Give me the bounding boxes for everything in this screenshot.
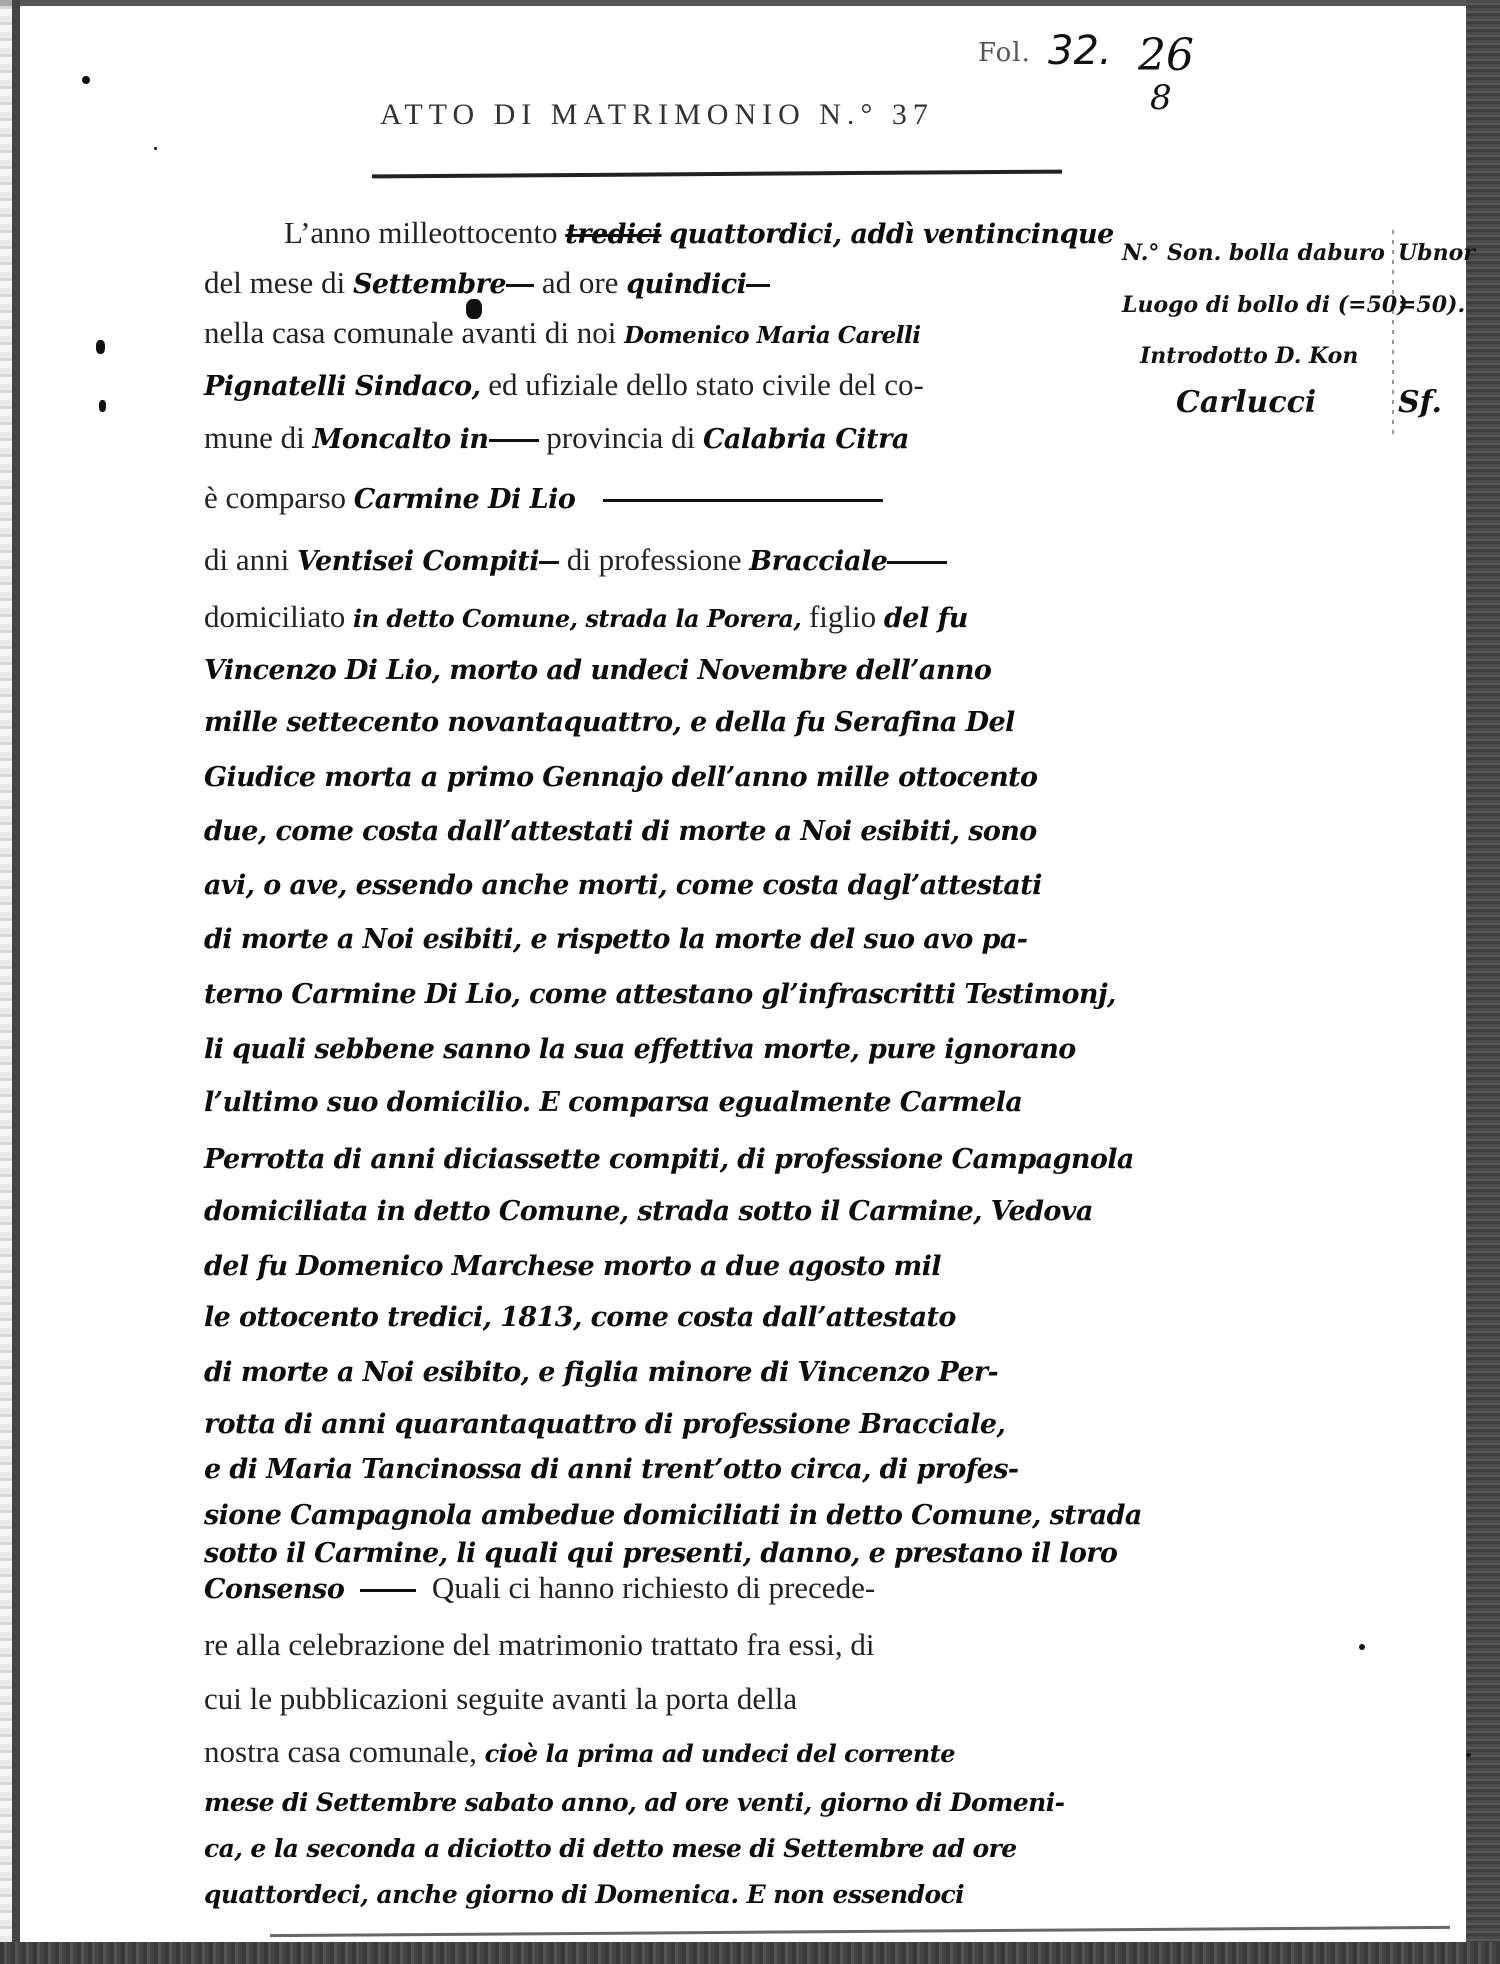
margin-divider <box>1392 230 1394 440</box>
handwritten-commune: Moncalto in <box>313 424 489 455</box>
handwritten-line: di morte a Noi esibito, e figlia minore … <box>204 1353 998 1393</box>
handwritten-profession: Bracciale <box>749 546 887 577</box>
handwritten-line: rotta di anni quarantaquattro di profess… <box>204 1405 1005 1445</box>
printed-text: nella casa comunale avanti di noi <box>204 315 616 350</box>
handwritten-line: del fu Domenico Marchese morto a due ago… <box>204 1247 941 1287</box>
margin-mark <box>99 400 106 412</box>
printed-text: ed ufiziale dello stato civile del co- <box>488 367 924 402</box>
handwritten-line: Vincenzo Di Lio, morto ad undeci Novembr… <box>204 651 991 691</box>
scan-top-edge <box>0 0 1500 6</box>
text-line-2: del mese di Settembre ad ore quindici <box>204 263 770 305</box>
text-line-8: domiciliato in detto Comune, strada la P… <box>204 597 968 639</box>
handwritten-groom-name: Carmine Di Lio <box>354 484 576 515</box>
handwritten-text: cioè la prima ad undeci del corrente <box>485 1739 955 1768</box>
margin-note: Luogo di bollo di (=50) <box>1122 292 1408 318</box>
folio-number-handwritten: 26 <box>1138 30 1194 81</box>
handwritten-line: sione Campagnola ambedue domiciliati in … <box>204 1496 1142 1536</box>
handwritten-line: quattordeci, anche giorno di Domenica. E… <box>204 1875 964 1915</box>
handwritten-text: quattordici, addì ventincinque <box>669 219 1114 250</box>
handwritten-line: mese di Settembre sabato anno, ad ore ve… <box>204 1783 1064 1823</box>
handwritten-line: e di Maria Tancinossa di anni trent’otto… <box>204 1450 1019 1490</box>
handwritten-age: Ventisei Compiti <box>297 546 539 577</box>
printed-text: di professione <box>567 542 742 577</box>
handwritten-line: Perrotta di anni diciassette compiti, di… <box>204 1140 1134 1180</box>
handwritten-hour: quindici <box>626 269 746 300</box>
handwritten-text: Consenso <box>204 1574 344 1605</box>
page-title: ATTO DI MATRIMONIO N.° 37 <box>380 98 934 132</box>
printed-text: ad ore <box>542 265 619 300</box>
text-line-3: nella casa comunale avanti di noi Domeni… <box>204 313 920 356</box>
text-line-1: L’anno milleottocento tredici quattordic… <box>284 213 1114 255</box>
text-line-28: re alla celebrazione del matrimonio trat… <box>204 1625 875 1665</box>
margin-signature: Sf. <box>1398 385 1442 420</box>
printed-text: figlio <box>809 599 876 634</box>
handwritten-month: Settembre <box>353 269 506 300</box>
handwritten-line: di morte a Noi esibiti, e rispetto la mo… <box>204 920 1027 960</box>
printed-text: Quali ci hanno richiesto di precede- <box>432 1570 875 1605</box>
printed-text: cui le pubblicazioni seguite avanti la p… <box>204 1681 797 1716</box>
handwritten-line: l’ultimo suo domicilio. E comparsa egual… <box>204 1083 1022 1123</box>
margin-signature: Carlucci <box>1176 385 1316 420</box>
margin-note: Ubnor <box>1398 240 1475 266</box>
handwritten-province: Calabria Citra <box>703 424 909 455</box>
handwritten-line: avi, o ave, essendo anche morti, come co… <box>204 866 1042 906</box>
text-line-5: mune di Moncalto in provincia di Calabri… <box>204 418 909 460</box>
handwritten-line: due, come costa dall’attestati di morte … <box>204 812 1037 852</box>
handwritten-name: Pignatelli Sindaco, <box>204 371 481 402</box>
handwritten-line: le ottocento tredici, 1813, come costa d… <box>204 1298 956 1338</box>
printed-text: provincia di <box>546 420 695 455</box>
ink-speck <box>1359 1644 1365 1650</box>
title-underline <box>372 170 1062 179</box>
handwritten-text: in detto Comune, strada la Porera, <box>353 604 801 633</box>
printed-text: di anni <box>204 542 289 577</box>
text-line-29: cui le pubblicazioni seguite avanti la p… <box>204 1679 797 1719</box>
text-line-27: Consenso Quali ci hanno richiesto di pre… <box>204 1568 875 1610</box>
scan-bottom-edge <box>0 1942 1500 1964</box>
handwritten-name: Domenico Maria Carelli <box>624 322 920 349</box>
printed-text: è comparso <box>204 480 346 515</box>
printed-text: L’anno milleottocento <box>284 215 558 250</box>
handwritten-line: ca, e la seconda a diciotto di detto mes… <box>204 1829 1017 1869</box>
margin-note: =50). <box>1398 292 1465 318</box>
handwritten-line: terno Carmine Di Lio, come attestano gl’… <box>204 975 1116 1015</box>
ink-speck <box>1466 1753 1471 1757</box>
text-line-7: di anni Ventisei Compiti di professione … <box>204 540 947 582</box>
printed-text: mune di <box>204 420 305 455</box>
folio-label: Fol. <box>978 38 1031 68</box>
scan-right-edge <box>1466 0 1500 1964</box>
text-line-4: Pignatelli Sindaco, ed ufiziale dello st… <box>204 365 924 407</box>
printed-text: re alla celebrazione del matrimonio trat… <box>204 1627 875 1662</box>
printed-text: nostra casa comunale, <box>204 1734 477 1769</box>
handwritten-line: domiciliata in detto Comune, strada sott… <box>204 1192 1093 1232</box>
handwritten-line: mille settecento novantaquattro, e della… <box>204 703 1015 743</box>
text-line-6: è comparso Carmine Di Lio <box>204 478 883 520</box>
handwritten-text: del fu <box>884 603 968 634</box>
ink-speck <box>82 76 90 84</box>
folio-number-sub: 8 <box>1150 78 1172 118</box>
scan-left-margin-noise <box>0 0 12 1964</box>
text-line-30: nostra casa comunale, cioè la prima ad u… <box>204 1732 955 1774</box>
scan-left-edge <box>12 0 20 1964</box>
handwritten-line: li quali sebbene sanno la sua effettiva … <box>204 1030 1076 1070</box>
bottom-rule <box>270 1926 1450 1937</box>
folio-number: 32. <box>1048 28 1112 74</box>
printed-text: del mese di <box>204 265 345 300</box>
margin-note: N.° Son. bolla daburo <box>1122 240 1385 266</box>
struck-text: tredici <box>565 219 661 250</box>
printed-text: domiciliato <box>204 599 345 634</box>
ink-speck <box>154 147 157 150</box>
margin-mark <box>96 340 105 354</box>
handwritten-line: Giudice morta a primo Gennajo dell’anno … <box>204 758 1037 798</box>
margin-note: Introdotto D. Kon <box>1140 343 1358 369</box>
